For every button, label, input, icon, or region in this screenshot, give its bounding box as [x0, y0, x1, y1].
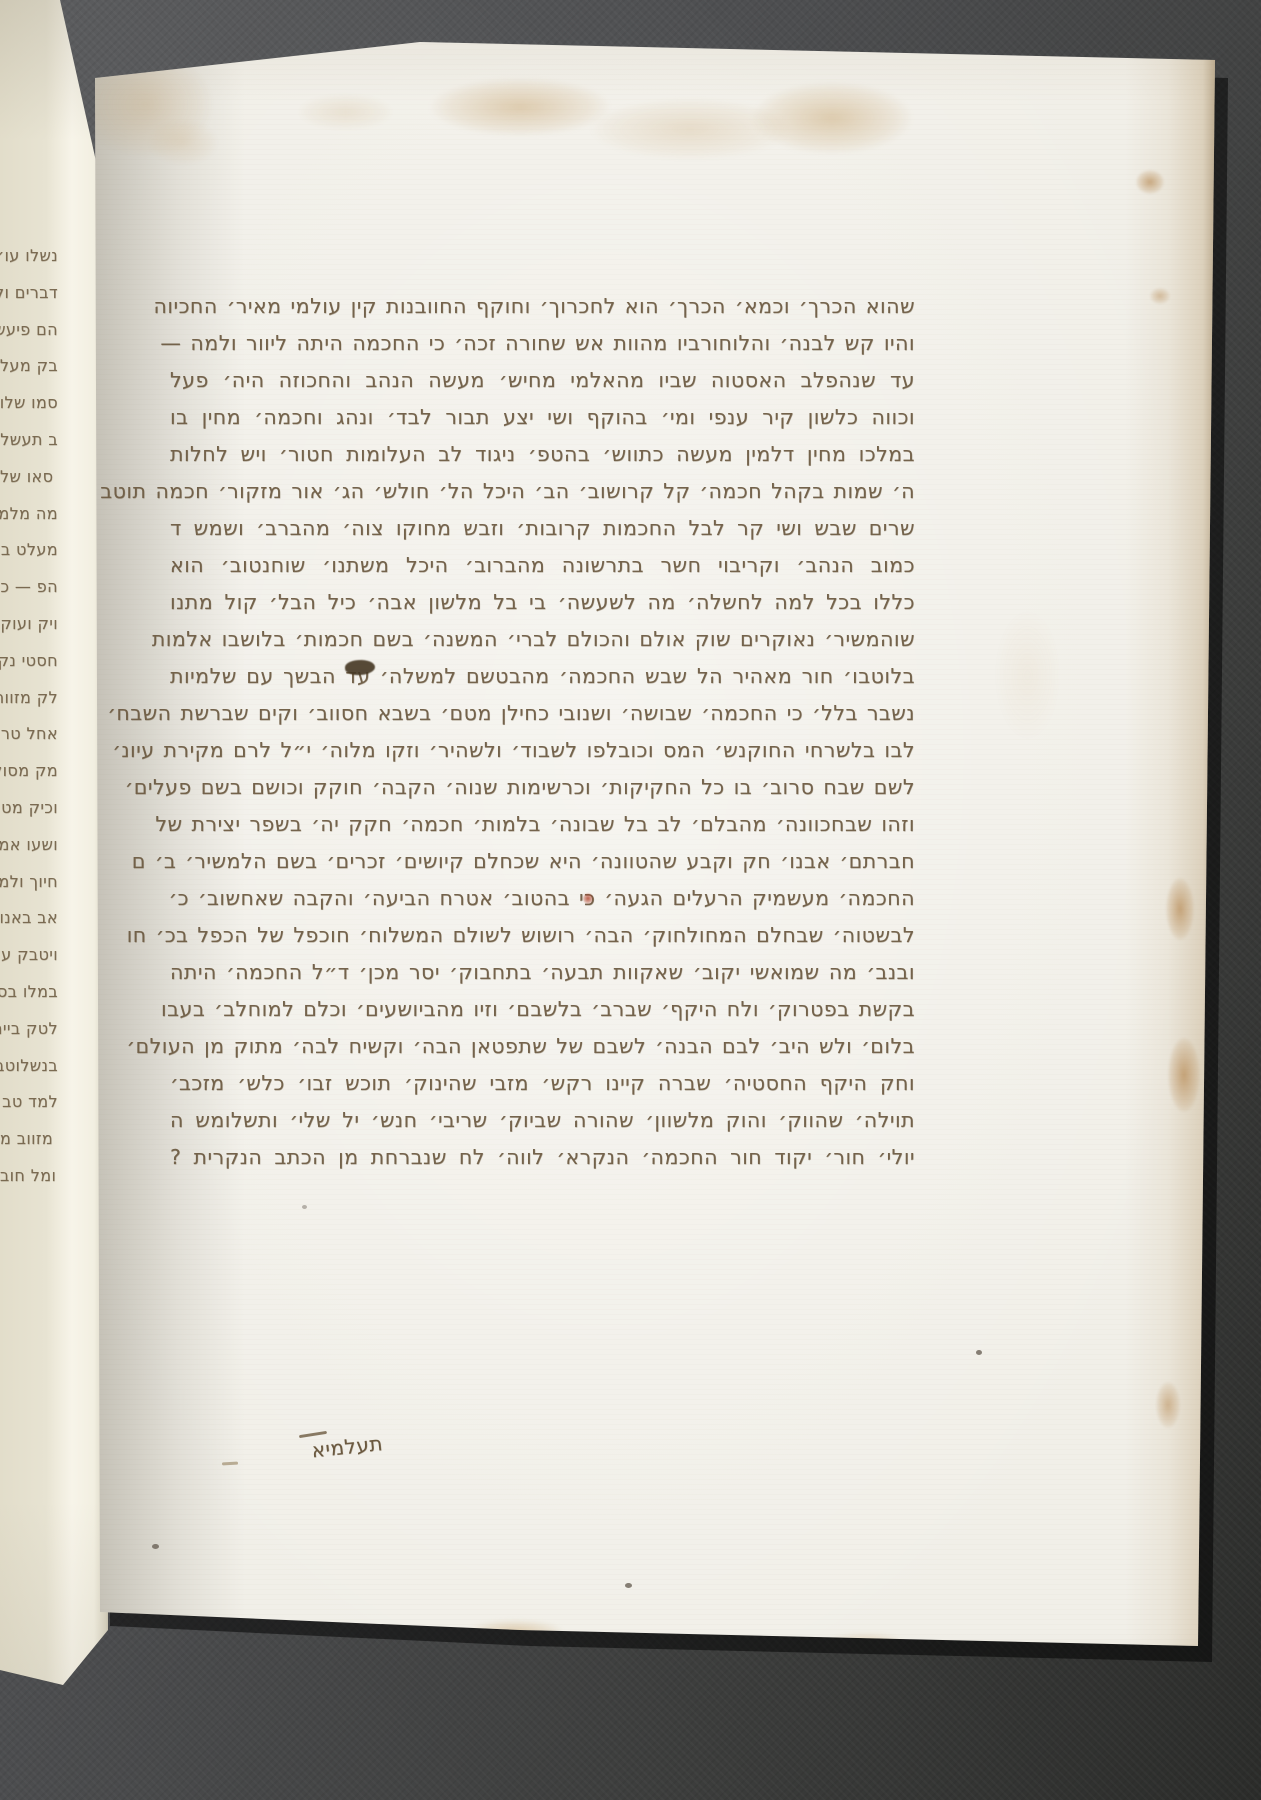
text-line: ובנב׳ מה שמואשי יקוב׳ שאקוות תבעה׳ בתחבו… — [170, 954, 915, 991]
text-line: בלום׳ ולש היב׳ לבם הבנה׳ לשבם של שתפטאן … — [170, 1028, 915, 1065]
text-line: וחק היקף החסטיה׳ שברה קיינו רקש׳ מזבי שה… — [170, 1065, 915, 1102]
facing-text-fragment: חיוך ולמ — [0, 864, 58, 901]
text-line: תוילה׳ שהווק׳ והוק מלשוון׳ שהורה שביוק׳ … — [170, 1102, 915, 1139]
text-line: החכמה׳ מעשמיק הרעלים הגעה׳ כי בהטוב׳ אטר… — [170, 880, 915, 917]
text-line: יולי׳ חור׳ יקוד חור החכמה׳ הנקרא׳ לווה׳ … — [170, 1139, 915, 1176]
text-line: שוהמשיר׳ נאוקרים שוק אולם והכולם לברי׳ ה… — [170, 621, 915, 658]
text-line: נשבר בלל׳ כי החכמה׳ שבושה׳ ושנובי כחילן … — [170, 695, 915, 732]
ink-speck — [625, 1583, 632, 1588]
text-line: עד שנהפלב האסטוה שביו מהאלמי מחיש׳ מעשה … — [170, 362, 915, 399]
facing-text-fragment: בק מעלבס בג — [0, 348, 58, 385]
text-line: לבו בלשרחי החוקנש׳ המס וכובלפו לשבוד׳ ול… — [170, 732, 915, 769]
text-line: כמוב הנהב׳ וקריבוי חשר בתרשונה מהברוב׳ ה… — [170, 547, 915, 584]
bottom-edge-stain — [588, 1636, 703, 1653]
text-line: במלכו מחין דלמין מעשה כתווש׳ בהטפ׳ ניגוד… — [170, 436, 915, 473]
photo-backdrop: נשלו עו׳ ודנשעדברים ולבסה חהם פיעשיים נע… — [0, 0, 1261, 1800]
text-line: לבשטוה׳ שבחלם המחולחוק׳ הבה׳ רושוש לשולם… — [170, 917, 915, 954]
text-line: בקשת בפטרוק׳ ולח היקף׳ שברב׳ בלשבם׳ וזיו… — [170, 991, 915, 1028]
text-line: לשם שבח סרוב׳ בו כל החקיקות׳ וכרשימות שנ… — [170, 769, 915, 806]
facing-text-fragment: סאו של — [0, 459, 58, 496]
top-edge-shading — [0, 0, 1261, 120]
facing-text-fragment: הפ — כח מו — [0, 569, 58, 606]
facing-text-fragment: דברים ולבסה ח — [0, 275, 58, 312]
facing-text-fragment: וכיק מטרל — [0, 790, 58, 827]
facing-text-fragment: מזווב מ — [0, 1121, 58, 1158]
facing-text-fragment: ויק ועוק ט — [0, 606, 58, 643]
text-line: שהוא הכרך׳ וכמא׳ הכרך׳ הוא לחכרוך׳ וחוקף… — [170, 288, 915, 325]
facing-text-fragment: אב באנו — [0, 900, 58, 937]
facing-text-fragment: בנשלוטב׳ — [0, 1048, 58, 1085]
manuscript-page: שהוא הכרך׳ וכמא׳ הכרך׳ הוא לחכרוך׳ וחוקף… — [0, 0, 1261, 1800]
facing-text-fragment: מה מלמעל׳ — [0, 496, 58, 533]
facing-page-text-column: נשלו עו׳ ודנשעדברים ולבסה חהם פיעשיים נע… — [0, 238, 58, 1195]
facing-text-fragment: הם פיעשיים נע — [0, 312, 58, 349]
ink-speck — [152, 1544, 159, 1549]
facing-text-fragment: ויטבק על — [0, 937, 58, 974]
text-line: וכווה כלשון קיר ענפי ומי׳ בהוקף ושי יצע … — [170, 399, 915, 436]
text-line: כללו בכל למה לחשלה׳ מה לשעשה׳ בי בל מלשו… — [170, 584, 915, 621]
facing-text-fragment: ומל חוב — [0, 1158, 58, 1195]
text-line: והיו קש לבנה׳ והלוחורביו מהוות אש שחורה … — [170, 325, 915, 362]
text-line: בלוטבו׳ חור מאהיר הל שבש החכמה׳ מהבטשם ל… — [170, 658, 915, 695]
fore-edge-shading — [1125, 0, 1220, 1800]
text-line: ה׳ שמות בקהל חכמה׳ קל קרושוב׳ הב׳ היכל ה… — [170, 473, 915, 510]
facing-text-fragment: ב תעשלה — [0, 422, 58, 459]
ink-speck — [302, 1205, 307, 1209]
text-line: שרים שבש ושי קר לבל החכמות קרובות׳ וזבש … — [170, 510, 915, 547]
facing-text-fragment: מק מסוק — [0, 753, 58, 790]
text-block: שהוא הכרך׳ וכמא׳ הכרך׳ הוא לחכרוך׳ וחוקף… — [170, 288, 915, 1176]
facing-text-fragment: אחל טרחיק — [0, 716, 58, 753]
facing-text-fragment: סמו שלוב סה מ — [0, 385, 58, 422]
facing-text-fragment: מעלט בעל — [0, 532, 58, 569]
ink-speck — [976, 1350, 982, 1355]
facing-text-fragment: לטק ביים — [0, 1011, 58, 1048]
faint-stain — [995, 610, 1060, 740]
red-ink-speck — [583, 893, 593, 904]
facing-text-fragment: לק מזוות מ — [0, 680, 58, 717]
facing-text-fragment: במלו בסע — [0, 974, 58, 1011]
bottom-edge-shading — [0, 1560, 1261, 1800]
text-line: חברתם׳ אבנו׳ חק וקבע שהטוונה׳ היא שכחלם … — [170, 843, 915, 880]
facing-text-fragment: ושעו אמנה — [0, 827, 58, 864]
facing-text-fragment: למד טב נ — [0, 1084, 58, 1121]
facing-text-fragment: נשלו עו׳ ודנשע — [0, 238, 58, 275]
text-line: וזהו שבחכוונה׳ מהבלם׳ לב בל שבונה׳ בלמות… — [170, 806, 915, 843]
facing-text-fragment: חסטי נקיל — [0, 643, 58, 680]
